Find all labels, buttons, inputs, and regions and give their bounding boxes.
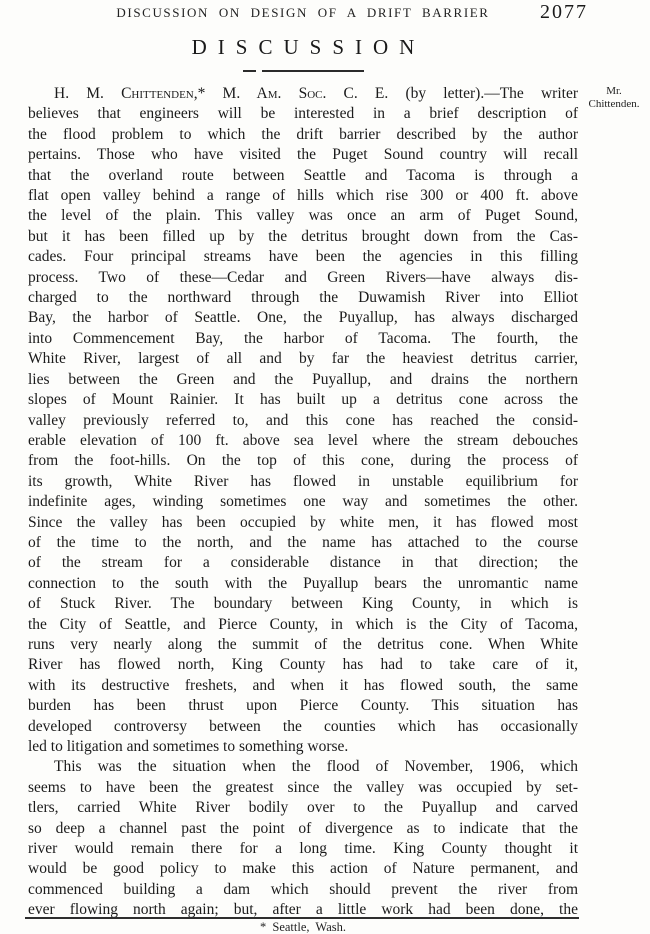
- paragraph-1-lead-rest: (by letter).—The writer: [388, 85, 578, 102]
- text-line: Since the valley has been occupied by wh…: [28, 513, 578, 533]
- text-line: charged to the northward through the Duw…: [28, 288, 578, 308]
- text-line: of the time to the north, and the name h…: [28, 533, 578, 553]
- text-line: with its destructive freshets, and when …: [28, 676, 578, 696]
- section-title: DISCUSSION: [28, 35, 578, 60]
- text-line: burden has been thrust upon Pierce Count…: [28, 696, 578, 716]
- text-line: commenced building a dam which should pr…: [28, 880, 578, 900]
- page-number: 2077: [540, 1, 588, 24]
- text-line: slopes of Mount Rainier. It has built up…: [28, 390, 578, 410]
- text-line: cades. Four principal streams have been …: [28, 247, 578, 267]
- text-line: seems to have been the greatest since th…: [28, 778, 578, 798]
- text-line: White River, largest of all and by far t…: [28, 349, 578, 369]
- title-rule-ornament: [28, 70, 578, 72]
- rule-short-segment: [243, 70, 256, 72]
- text-line: River has flowed north, King County has …: [28, 655, 578, 675]
- text-line: of Stuck River. The boundary between Kin…: [28, 594, 578, 614]
- text-line: erable elevation of 100 ft. above sea le…: [28, 431, 578, 451]
- text-line: its growth, White River has flowed in un…: [28, 472, 578, 492]
- text-line: led to litigation and sometimes to somet…: [28, 737, 578, 757]
- text-line: indefinite ages, winding sometimes one w…: [28, 492, 578, 512]
- text-line: Bay, the harbor of Seattle. One, the Puy…: [28, 308, 578, 328]
- body-text: H. M. Chittenden,* M. Am. Soc. C. E. (by…: [28, 84, 578, 921]
- text-line: so deep a channel past the point of dive…: [28, 819, 578, 839]
- text-line: lies between the Green and the Puyallup,…: [28, 370, 578, 390]
- text-line: that the overland route between Seattle …: [28, 166, 578, 186]
- text-line: This was the situation when the flood of…: [28, 757, 578, 777]
- text-line: the flood problem to which the drift bar…: [28, 125, 578, 145]
- footnote-rule: [25, 917, 579, 919]
- paragraph-1-lead-line: H. M. Chittenden,* M. Am. Soc. C. E. (by…: [28, 84, 578, 104]
- rule-long-segment: [262, 70, 364, 72]
- text-line: the City of Seattle, and Pierce County, …: [28, 615, 578, 635]
- text-line: tlers, carried White River bodily over t…: [28, 798, 578, 818]
- text-line: river would remain there for a long time…: [28, 839, 578, 859]
- text-line: into Commencement Bay, the harbor of Tac…: [28, 329, 578, 349]
- text-line: runs very nearly along the summit of the…: [28, 635, 578, 655]
- text-line: the level of the plain. This valley was …: [28, 206, 578, 226]
- text-line: of the stream for a considerable distanc…: [28, 553, 578, 573]
- text-line: developed controversy between the counti…: [28, 717, 578, 737]
- text-line: believes that engineers will be interest…: [28, 104, 578, 124]
- text-line: but it has been filled up by the detritu…: [28, 227, 578, 247]
- paragraph-2: This was the situation when the flood of…: [28, 757, 578, 920]
- running-head-title: DISCUSSION ON DESIGN OF A DRIFT BARRIER: [28, 5, 578, 21]
- margin-note-line-1: Mr.: [580, 85, 648, 98]
- text-line: would be good policy to make this action…: [28, 859, 578, 879]
- margin-note-speaker: Mr. Chittenden.: [580, 85, 648, 110]
- text-line: process. Two of these—Cedar and Green Ri…: [28, 268, 578, 288]
- text-line: connection to the south with the Puyallu…: [28, 574, 578, 594]
- text-line: pertains. Those who have visited the Pug…: [28, 145, 578, 165]
- paragraph-1: H. M. Chittenden,* M. Am. Soc. C. E. (by…: [28, 84, 578, 757]
- speaker-name: H. M. Chittenden,* M. Am. Soc. C. E.: [54, 85, 388, 102]
- text-line: from the foot-hills. On the top of this …: [28, 451, 578, 471]
- paragraph-1-lines: believes that engineers will be interest…: [28, 104, 578, 757]
- margin-note-line-2: Chittenden.: [580, 98, 648, 111]
- text-line: valley previously referred to, and this …: [28, 411, 578, 431]
- text-line: flat open valley behind a range of hills…: [28, 186, 578, 206]
- document-page: DISCUSSION ON DESIGN OF A DRIFT BARRIER …: [0, 0, 650, 934]
- footnote: * Seattle, Wash.: [28, 920, 578, 934]
